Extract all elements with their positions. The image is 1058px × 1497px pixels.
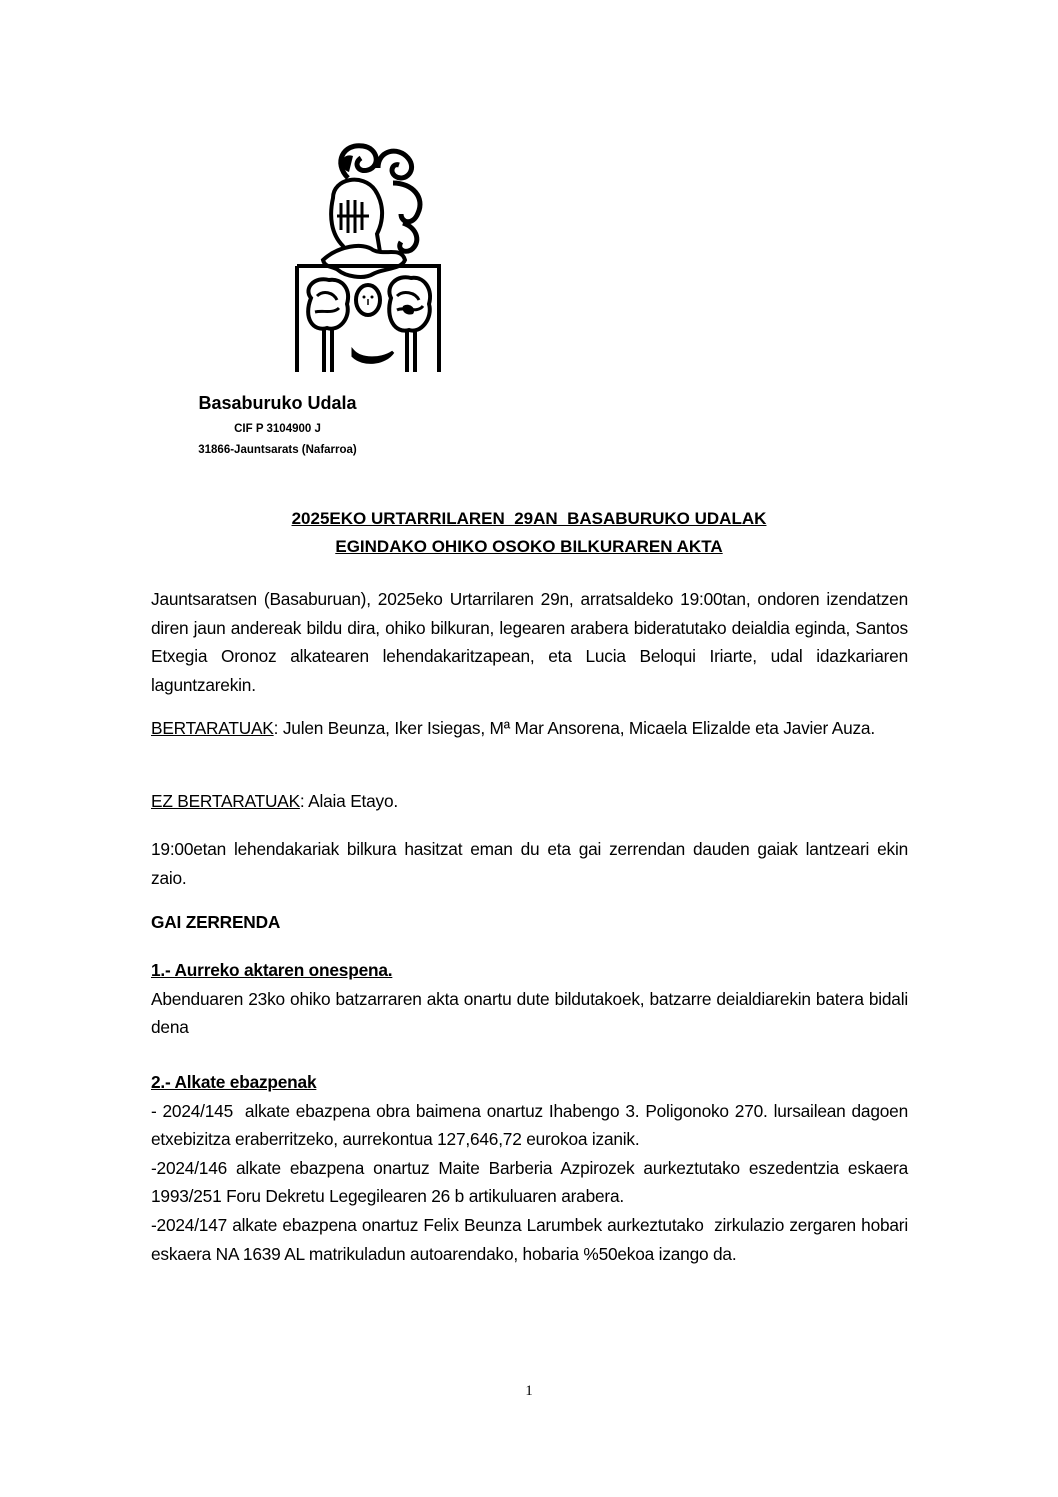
agenda-heading: GAI ZERRENDA xyxy=(151,908,908,937)
attendees-list: : Julen Beunza, Iker Isiegas, Mª Mar Ans… xyxy=(274,718,875,738)
intro-paragraph: Jauntsaratsen (Basaburuan), 2025eko Urta… xyxy=(151,585,908,699)
section-heading: 2.- Alkate ebazpenak xyxy=(151,1068,908,1097)
intro-text: Jauntsaratsen (Basaburuan), 2025eko Urta… xyxy=(151,585,908,699)
start-note-text: 19:00etan lehendakariak bilkura hasitzat… xyxy=(151,835,908,892)
absent-label: EZ BERTARATUAK xyxy=(151,791,300,811)
section-paragraph: Abenduaren 23ko ohiko batzarraren akta o… xyxy=(151,985,908,1042)
section-paragraph: -2024/146 alkate ebazpena onartuz Maite … xyxy=(151,1154,908,1211)
agenda-section-2: 2.- Alkate ebazpenak - 2024/145 alkate e… xyxy=(151,1068,908,1268)
agenda-heading-block: GAI ZERRENDA xyxy=(151,908,908,937)
agenda-section-1: 1.- Aurreko aktaren onespena. Abenduaren… xyxy=(151,956,908,1042)
title-line-2: EGINDAKO OHIKO OSOKO BILKURAREN AKTA xyxy=(150,533,908,561)
organization-address: 31866-Jauntsarats (Nafarroa) xyxy=(150,444,405,456)
start-note-paragraph: 19:00etan lehendakariak bilkura hasitzat… xyxy=(151,835,908,892)
organization-name: Basaburuko Udala xyxy=(150,393,405,414)
absent-paragraph: EZ BERTARATUAK: Alaia Etayo. xyxy=(151,787,908,816)
title-line-1: 2025EKO URTARRILAREN 29AN BASABURUKO UDA… xyxy=(150,505,908,533)
organization-cif: CIF P 3104900 J xyxy=(150,423,405,435)
coat-of-arms-icon xyxy=(293,138,443,372)
section-paragraph: -2024/147 alkate ebazpena onartuz Felix … xyxy=(151,1211,908,1268)
section-heading: 1.- Aurreko aktaren onespena. xyxy=(151,956,908,985)
page-number: 1 xyxy=(500,1383,558,1400)
document-title: 2025EKO URTARRILAREN 29AN BASABURUKO UDA… xyxy=(150,505,908,561)
attendees-paragraph: BERTARATUAK: Julen Beunza, Iker Isiegas,… xyxy=(151,714,908,743)
section-paragraph: - 2024/145 alkate ebazpena obra baimena … xyxy=(151,1097,908,1154)
attendees-label: BERTARATUAK xyxy=(151,718,274,738)
absent-list: : Alaia Etayo. xyxy=(300,791,398,811)
